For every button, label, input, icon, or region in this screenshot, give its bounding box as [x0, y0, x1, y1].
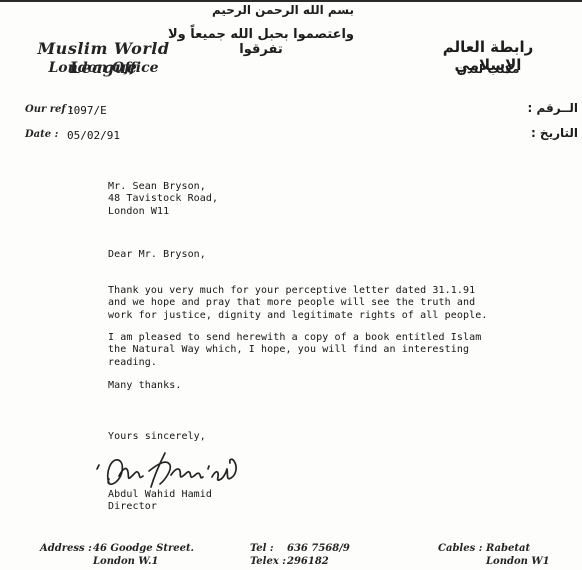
ref-value: 1097/E [67, 104, 107, 117]
signature [95, 445, 270, 493]
date-label-arabic: التاريخ : [531, 126, 578, 140]
footer-address-label: Address : [40, 542, 92, 555]
footer-cables-label: Cables : [438, 542, 482, 555]
valediction: Yours sincerely, [108, 431, 206, 443]
footer-telex-label: Telex : [250, 555, 286, 568]
letter-page: بسم الله الرحمن الرحيم واعتصموا بحبل الل… [0, 0, 582, 570]
footer-tel-label: Tel : [250, 542, 274, 555]
bismillah-calligraphy: بسم الله الرحمن الرحيم [183, 3, 383, 17]
date-label: Date : [25, 129, 58, 140]
salutation: Dear Mr. Bryson, [108, 249, 206, 261]
recipient-address: Mr. Sean Bryson, 48 Tavistock Road, Lond… [108, 181, 218, 218]
signatory-name: Abdul Wahid Hamid [108, 489, 212, 501]
footer-tel-value: 636 7568/9 [287, 542, 350, 555]
ref-label-arabic: الــرقم : [527, 101, 578, 115]
footer-cables-value: Rabetat London W1 [486, 542, 550, 568]
footer-telex-value: 296182 [287, 555, 329, 568]
footer-rule [0, 0, 582, 2]
body-paragraph-1: Thank you very much for your perceptive … [108, 285, 487, 322]
date-value: 05/02/91 [67, 129, 120, 142]
office-name-arabic: مكتب لندن [418, 62, 558, 76]
office-name-english: London Office [16, 60, 191, 76]
closing-thanks: Many thanks. [108, 380, 181, 392]
footer-address-value: 46 Goodge Street. London W.1 [93, 542, 194, 568]
ref-label: Our ref : [25, 104, 73, 115]
body-paragraph-2: I am pleased to send herewith a copy of … [108, 332, 481, 369]
signatory-title: Director [108, 501, 157, 513]
